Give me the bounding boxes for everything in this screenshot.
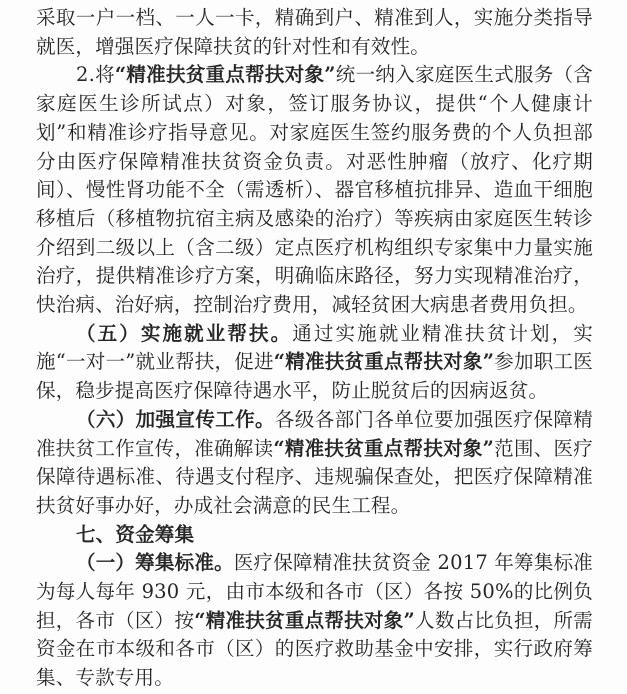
- para-section-5-employment-support: （五）实施就业帮扶。通过实施就业精准扶贫计划，实施“一对一”就业帮扶，促进“精准…: [36, 320, 593, 406]
- text-segment: “精准扶贫重点帮扶对象”: [274, 350, 494, 373]
- text-segment: （五）实施就业帮扶。: [76, 322, 292, 345]
- text-segment: 统一纳入家庭医生式服务（含家庭医生诊所试点）对象，签订服务协议，提供“个人健康计…: [36, 63, 593, 316]
- text-segment: （六）加强宣传工作。: [76, 408, 275, 431]
- text-segment: 七、资金筹集: [76, 523, 194, 546]
- text-segment: “精准扶贫重点帮扶对象”: [194, 609, 415, 632]
- text-segment: “精准扶贫重点帮扶对象”: [115, 63, 336, 86]
- document-body: 采取一户一档、一人一卡，精确到户、精准到人，实施分类指导就医，增强医疗保障扶贫的…: [36, 4, 593, 693]
- text-segment: （一）筹集标准。: [76, 551, 234, 574]
- document-page: 采取一户一档、一人一卡，精确到户、精准到人，实施分类指导就医，增强医疗保障扶贫的…: [0, 0, 627, 694]
- para-2-family-doctor-service: 2.将“精准扶贫重点帮扶对象”统一纳入家庭医生式服务（含家庭医生诊所试点）对象，…: [36, 61, 593, 319]
- text-segment: 采取一户一档、一人一卡，精确到户、精准到人，实施分类指导就医，增强医疗保障扶贫的…: [36, 6, 593, 58]
- para-continuation-classification-guidance: 采取一户一档、一人一卡，精确到户、精准到人，实施分类指导就医，增强医疗保障扶贫的…: [36, 4, 593, 61]
- heading-7-fund-raising: 七、资金筹集: [36, 521, 593, 550]
- text-segment: “精准扶贫重点帮扶对象”: [273, 437, 494, 460]
- para-section-6-publicity-work: （六）加强宣传工作。各级各部门各单位要加强医疗保障精准扶贫工作宣传，准确解读“精…: [36, 406, 593, 521]
- para-1-raising-standard: （一）筹集标准。医疗保障精准扶贫资金 2017 年筹集标准为每人每年 930 元…: [36, 549, 593, 693]
- text-segment: 2.将: [76, 63, 115, 86]
